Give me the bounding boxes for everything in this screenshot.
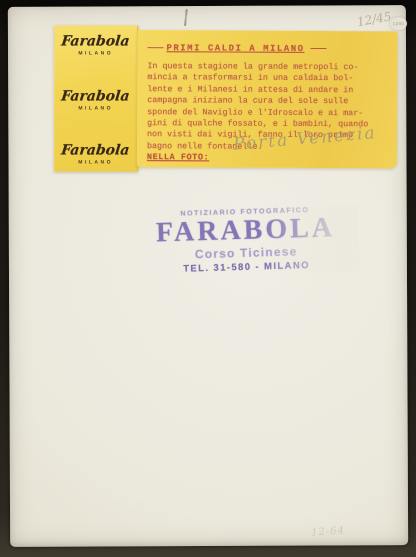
pencil-note-bottom: 12-64: [311, 525, 346, 538]
agency-logo-script: Farabola: [61, 89, 131, 103]
caption-title-row: PRIMI CALDI A MILANO: [147, 37, 389, 56]
agency-logo-city: MILANO: [54, 106, 137, 111]
caption-line: In questa stagione la grande metropoli c…: [147, 61, 358, 72]
agency-logo-script: Farabola: [61, 143, 131, 157]
agency-logo-city: MILANO: [54, 160, 137, 165]
caption-card: PRIMI CALDI A MILANO In questa stagione …: [137, 30, 398, 168]
pencil-note-top-right: 12/45: [356, 9, 393, 29]
caption-title: PRIMI CALDI A MILANO: [166, 43, 304, 54]
title-underline-tail: [311, 48, 327, 49]
agency-logo: Farabola MILANO: [54, 142, 137, 165]
round-sticker: 1240: [390, 17, 407, 30]
agency-logo: Farabola MILANO: [54, 88, 137, 111]
photo-paper-verso: Farabola MILANO Farabola MILANO Farabola…: [8, 5, 408, 547]
title-underline-lead: [147, 47, 163, 48]
agency-ink-stamp: NOTIZIARIO FOTOGRAFICO FARABOLA Corso Ti…: [138, 206, 354, 278]
staple: [184, 9, 188, 26]
caption-line: mincia a trasformarsi in una caldaia bol…: [147, 73, 353, 84]
caption-photo-label: NELLA FOTO:: [147, 152, 209, 162]
caption-line: sponde del Naviglio e l'Idroscalo e ai m…: [147, 107, 363, 118]
agency-logo-script: Farabola: [61, 34, 131, 48]
caption-line: campagna iniziano la cura del sole sulle: [147, 95, 348, 106]
stamp-agency-name: FARABOLA: [138, 213, 353, 249]
agency-logo-strip: Farabola MILANO Farabola MILANO Farabola…: [54, 25, 138, 171]
sticker-number: 1240: [393, 21, 404, 26]
agency-logo-city: MILANO: [54, 51, 137, 56]
photo-scan: Farabola MILANO Farabola MILANO Farabola…: [0, 0, 416, 557]
caption-line: lente e i Milanesi in attesa di andare i…: [147, 84, 353, 95]
agency-logo: Farabola MILANO: [54, 33, 137, 56]
